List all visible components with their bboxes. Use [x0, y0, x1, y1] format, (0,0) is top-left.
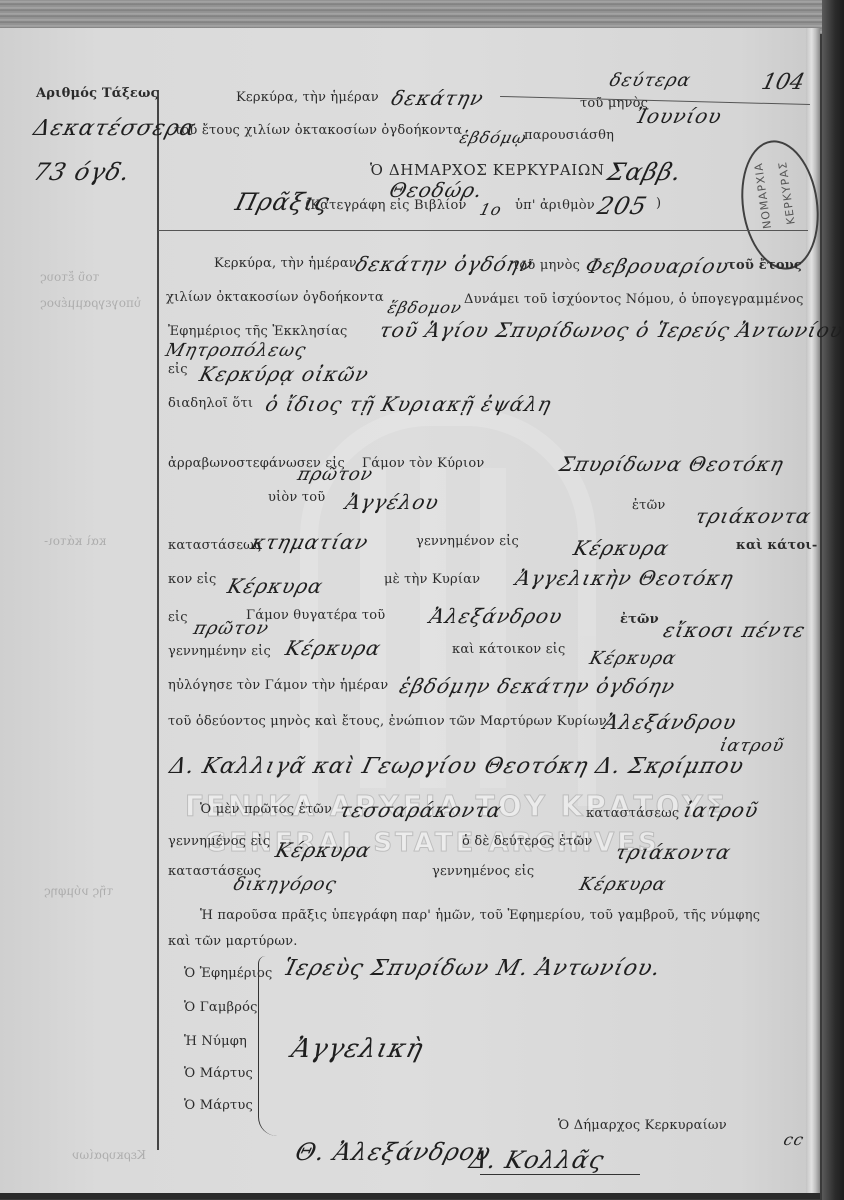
body-l5-a: διαδηλοῖ ὅτι [168, 396, 253, 411]
body-l17-b: γεννημένος εἰς [432, 864, 534, 879]
body-l18-a: Ἡ παροῦσα πρᾶξις ὑπεγράφη παρ' ἡμῶν, τοῦ… [200, 908, 760, 923]
margin-ghost: καὶ κάτοι- [44, 534, 106, 548]
body-l5-hand: ὁ ἴδιος τῇ Κυριακῇ ἐψάλη [263, 392, 554, 416]
body-l16-b: ὁ δὲ δεύτερος ἐτῶν [462, 834, 592, 849]
book-spine [822, 0, 844, 1200]
header-line1-month: Ἰουνίου [633, 104, 725, 128]
header-line2-year: ἑβδόμῳ [458, 128, 529, 147]
sig-extra-hand: Θ. Ἀλεξάνδρου [293, 1138, 495, 1166]
body-l8-a: καταστάσεως [168, 538, 261, 553]
body-l10-b: Γάμον θυγατέρα τοῦ [246, 608, 385, 623]
body-l11-hand1: Κέρκυρα [283, 636, 384, 660]
body-l14-hand: Δ. Καλλιγᾶ καὶ Γεωργίου Θεοτόκη Δ. Σκρίμ… [167, 754, 747, 779]
body-l14-hand-right: ἰατροῦ [718, 736, 787, 756]
body-l1-a: Κερκύρα, τὴν ἡμέραν [214, 256, 357, 271]
body-l10-c: ἐτῶν [620, 612, 659, 627]
margin-ghost: τῆς νύμφης [44, 884, 113, 898]
body-l1-c: τοῦ ἔτους [727, 258, 802, 273]
sig-label-witness-1: Ὁ Μάρτυς [184, 1066, 253, 1081]
body-l7-hand1: Ἀγγέλου [343, 490, 442, 514]
body-l1-day: δεκάτην ὀγδόην [353, 252, 536, 276]
body-l9-hand2: Ἀγγελικὴν Θεοτόκη [513, 566, 737, 590]
header-line4-volume: 1ο [478, 200, 505, 219]
signature-brace [258, 956, 277, 1136]
body-l8-hand2: Κέρκυρα [571, 536, 672, 560]
sig-label-bride: Ἡ Νύμφη [184, 1034, 247, 1049]
body-l8-hand1: κτηματίαν [249, 530, 371, 554]
body-l16-a: γεννημένος εἰς [168, 834, 270, 849]
sig-label-witness-2: Ὁ Μάρτυς [184, 1098, 253, 1113]
body-l17-hand1: δικηγόρος [231, 874, 339, 895]
register-page: ΓΕΝΙΚΑ ΑΡΧΕΙΑ ΤΟΥ ΚΡΑΤΟΥΣ GENERAL STATE … [0, 28, 820, 1199]
margin-header: Αριθμός Τάξεως [36, 86, 159, 101]
header-line4-close: ) [656, 196, 661, 211]
body-l15-b: καταστάσεως [586, 806, 679, 821]
header-line4-num-label: ὑπ' ἀριθμὸν [515, 198, 595, 213]
header-line1-day: δεκάτην [389, 86, 487, 110]
header-line2-suffix: παρουσιάσθη [524, 128, 614, 143]
header-line4-number: 205 [595, 192, 651, 220]
margin-ghost: Κερκυραίων [72, 1148, 146, 1162]
body-l11-a: γεννημένην εἰς [168, 644, 271, 659]
body-l12-a: ηὐλόγησε τὸν Γάμον τὴν ἡμέραν [168, 678, 388, 693]
stamp-line-1: ΝΟΜΑΡΧΙΑ [752, 162, 774, 230]
body-l6-b: Γάμον τὸν Κύριον [362, 456, 484, 471]
body-l15-hand1: τεσσαράκοντα [337, 798, 505, 822]
body-l13-a: τοῦ ὁδεύοντος μηνὸς καὶ ἔτους, ἐνώπιον τ… [168, 714, 607, 729]
header-line4-prefix: (Κατεγράφη εἰς Βιβλίον [305, 198, 467, 213]
header-hand-after-title: Σαββ. [605, 158, 686, 186]
body-l12-hand: ἑβδόμην δεκάτην ὀγδόην [397, 674, 678, 698]
body-l1-month: Φεβρουαρίου [583, 254, 732, 278]
body-l19-a: καὶ τῶν μαρτύρων. [168, 934, 298, 949]
body-l6-hand2: Σπυρίδωνα Θεοτόκη [557, 452, 787, 476]
watermark-column [480, 468, 506, 788]
body-l8-c: καὶ κάτοι- [736, 538, 817, 553]
margin-rule [157, 90, 159, 1150]
body-l13-hand: Ἀλεξάνδρου [601, 710, 740, 734]
body-l2-b: Δυνάμει τοῦ ἰσχύοντος Νόμου, ὁ ὑπογεγραμ… [464, 292, 804, 307]
sig-hand-witness-1: Ἀγγελικὴ [288, 1034, 427, 1064]
watermark-column [420, 468, 446, 788]
sig-hand-priest: Ἱερεὺς Σπυρίδων Μ. Ἀντωνίου. [281, 956, 664, 981]
body-l7-b: ἐτῶν [632, 498, 665, 513]
stamp-line-2: ΚΕΡΚΥΡΑΣ [776, 160, 798, 225]
closing-mark: cc [782, 1130, 807, 1149]
mayor-underline [480, 1174, 640, 1175]
body-l15-a: Ὁ μὲν πρῶτος ἐτῶν [200, 802, 332, 817]
margin-ghost: ὑπογεγραμμένος [40, 296, 141, 310]
watermark-column [360, 468, 386, 788]
body-l2-year: ἕβδομον [386, 298, 465, 317]
body-l4-hand-top: Μητροπόλεως [163, 340, 308, 361]
body-l11-b: καὶ κάτοικον εἰς [452, 642, 565, 657]
body-l2-a: χιλίων ὀκτακοσίων ὀγδοήκοντα [166, 290, 384, 305]
body-l16-hand1: Κέρκυρα [273, 838, 374, 862]
page-number: 104 [759, 70, 807, 95]
section-divider [158, 230, 808, 231]
body-l9-b: μὲ τὴν Κυρίαν [384, 572, 480, 587]
mayor-label: Ὁ Δήμαρχος Κερκυραίων [558, 1118, 727, 1133]
body-l3-hand: τοῦ Ἁγίου Σπυρίδωνος ὁ Ἱερεύς Ἀντωνίου [377, 318, 844, 342]
body-l1-b: τοῦ μηνὸς [512, 258, 580, 273]
body-l4-a: εἰς [168, 362, 188, 377]
body-l7-a: υἱὸν τοῦ [268, 490, 325, 505]
margin-ghost: τοῦ ἔτους [40, 270, 99, 284]
body-l11-hand2: Κέρκυρα [587, 648, 678, 669]
sig-label-groom: Ὁ Γαμβρός [184, 1000, 258, 1015]
body-l10-hand2: Ἀλεξάνδρου [427, 604, 566, 628]
body-l17-hand2: Κέρκυρα [577, 874, 668, 895]
body-l3-a: Ἐφημέριος τῆς Ἐκκλησίας [168, 324, 348, 339]
mayor-signature: Δ. Κολλᾶς [467, 1146, 608, 1174]
hand-top-note: δεύτερα [607, 70, 693, 91]
body-l10-a: εἰς [168, 610, 188, 625]
body-l15-hand2: ἰατροῦ [681, 798, 761, 822]
body-l9-hand1: Κέρκυρα [225, 574, 326, 598]
body-l4-hand: Κερκύρᾳ οἰκῶν [197, 362, 372, 386]
body-l16-hand2: τριάκοντα [613, 840, 734, 864]
body-l8-b: γεννημένον εἰς [416, 534, 519, 549]
header-line2-prefix: τοῦ ἔτους χιλίων ὀκτακοσίων ὀγδοήκοντα [174, 123, 462, 138]
body-l9-a: κον εἰς [168, 572, 217, 587]
margin-hand-2: 73 όγδ. [31, 158, 134, 186]
body-l7-hand2: τριάκοντα [693, 504, 814, 528]
body-l10-hand3: εἴκοσι πέντε [661, 618, 808, 642]
header-title: Ὁ ΔΗΜΑΡΧΟΣ ΚΕΡΚΥΡΑΙΩΝ [370, 161, 605, 179]
header-line1-prefix: Κερκύρα, τὴν ἡμέραν [236, 90, 379, 105]
